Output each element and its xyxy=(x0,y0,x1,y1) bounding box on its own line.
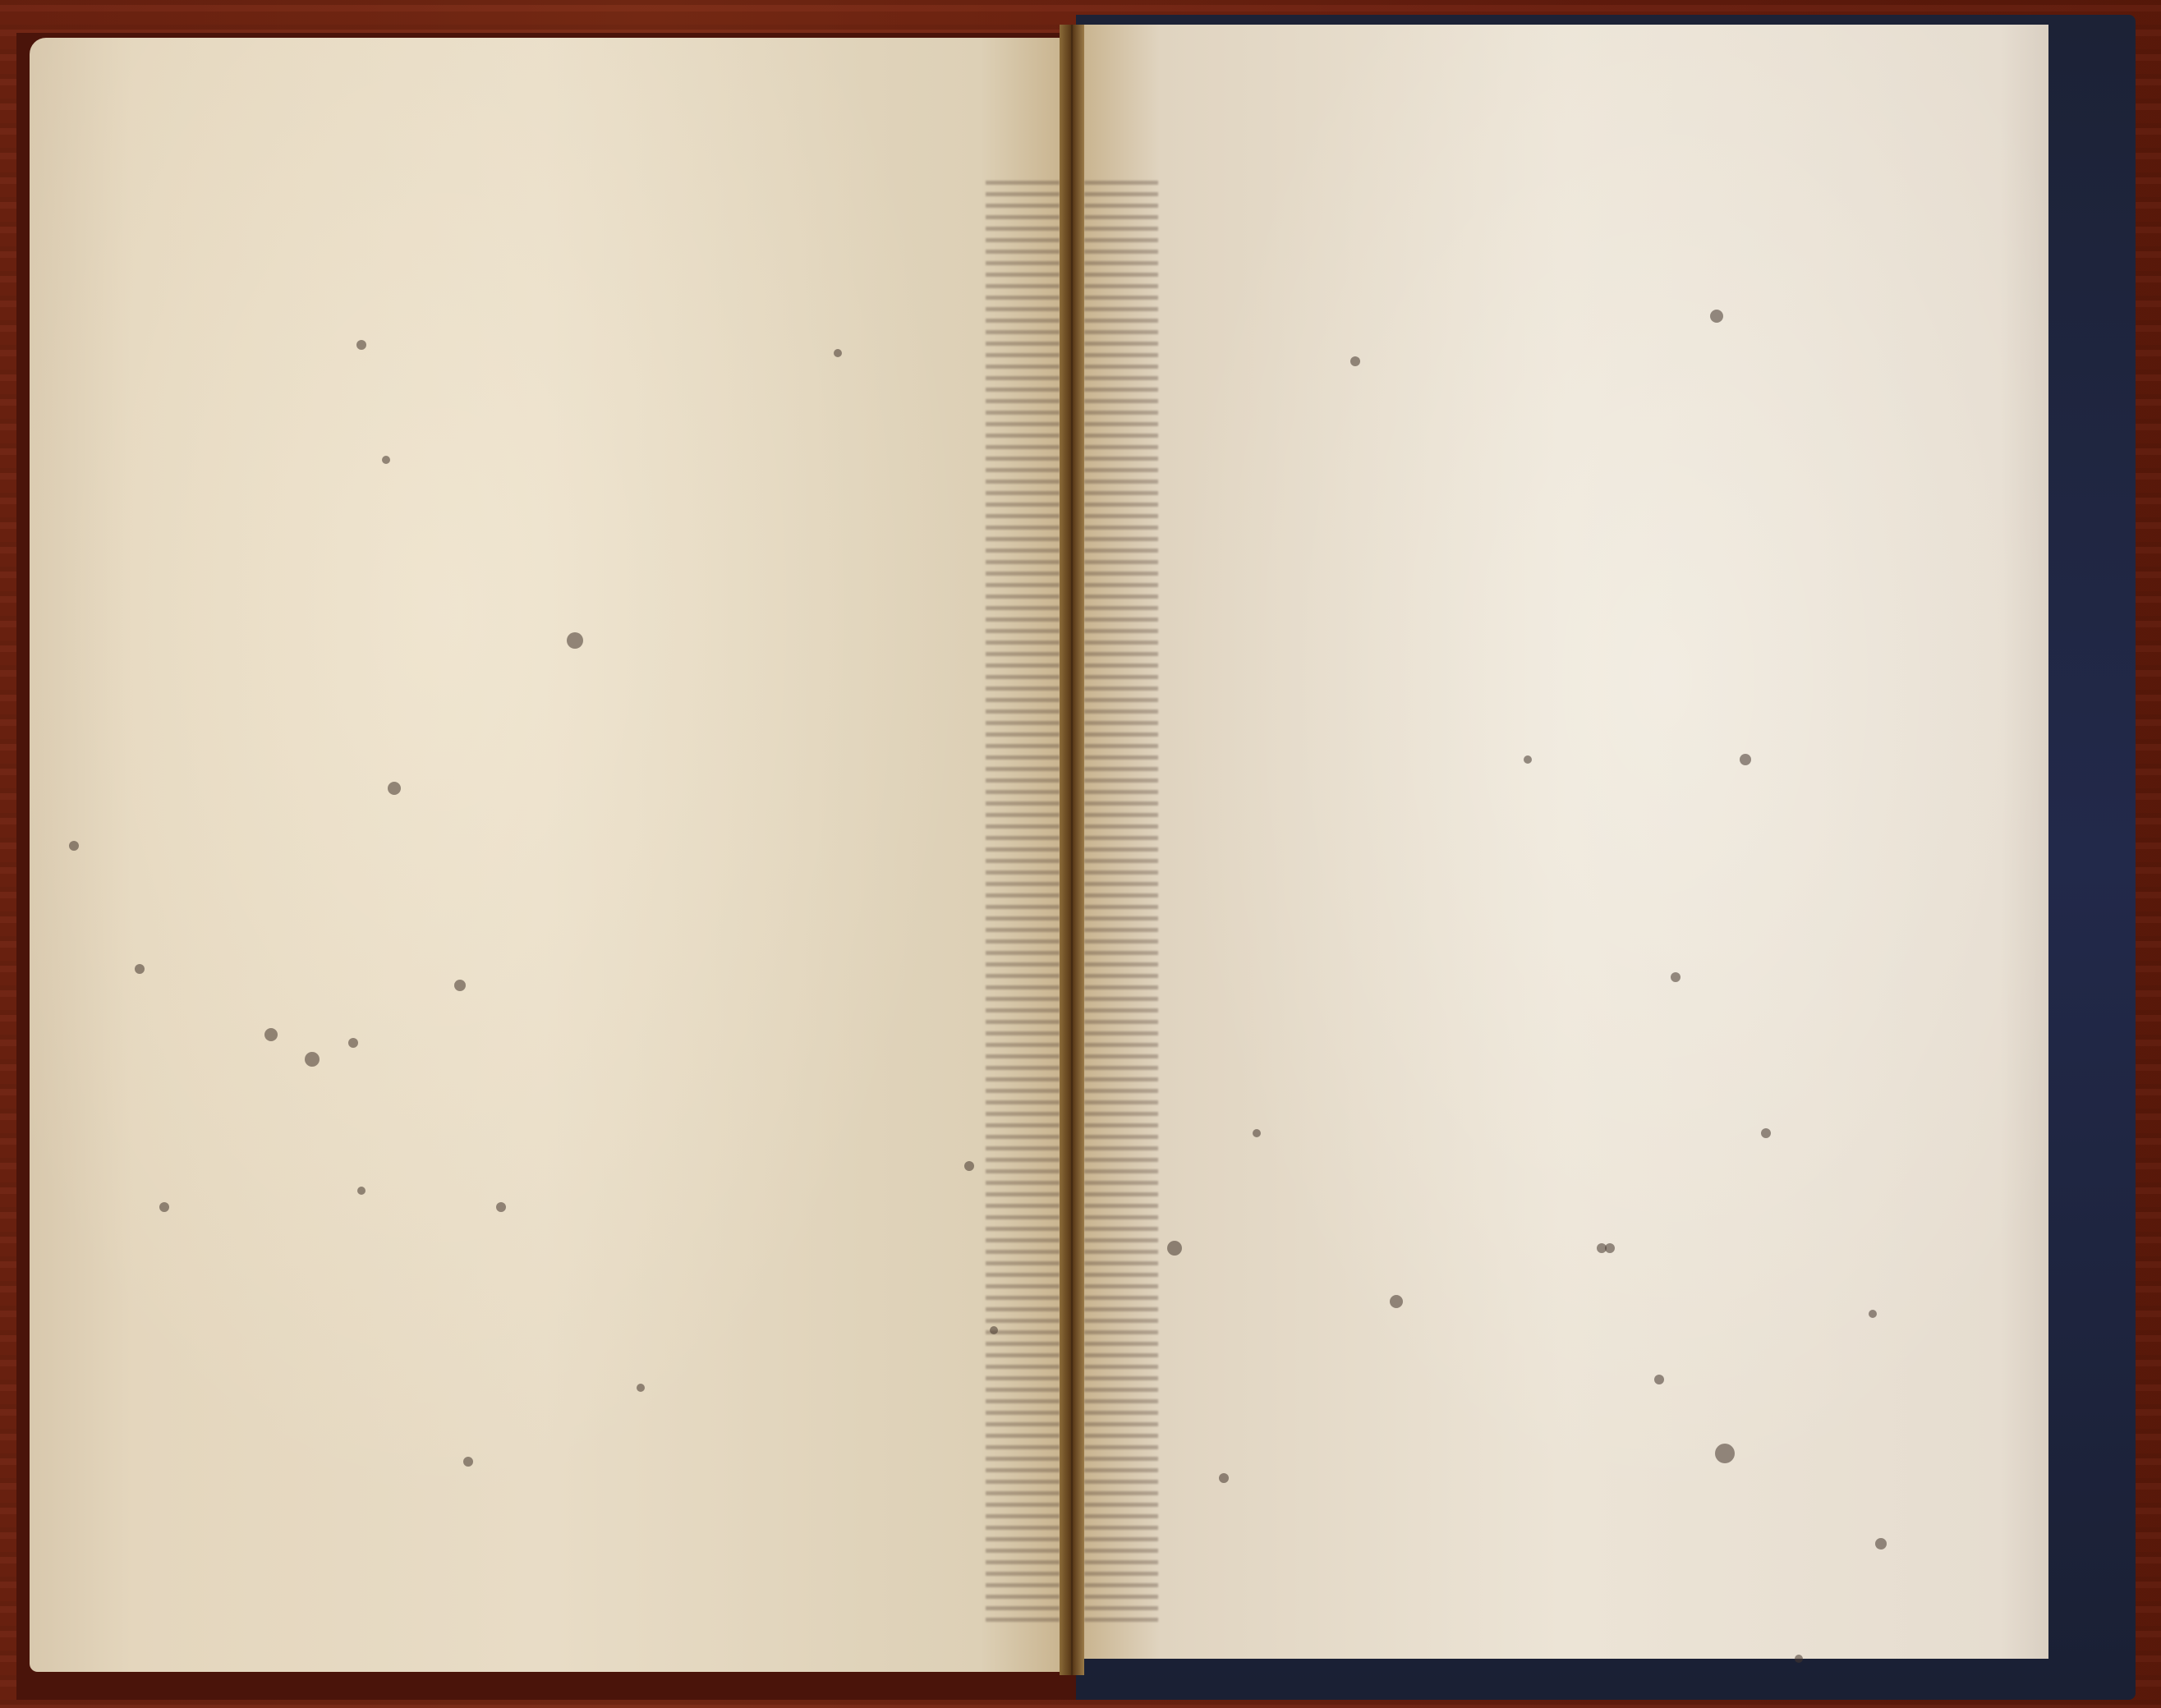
foxing-spot xyxy=(348,1038,358,1048)
foxing-spot xyxy=(496,1202,506,1212)
foxing-spot xyxy=(1350,356,1360,366)
foxing-spot xyxy=(1219,1473,1229,1483)
foxing-spot xyxy=(382,456,390,464)
foxing-spot xyxy=(1654,1375,1664,1384)
foxing-spot xyxy=(1524,755,1532,764)
ink-offset-left xyxy=(986,181,1060,1626)
foxing-spot xyxy=(567,632,583,649)
foxing-spot xyxy=(356,340,366,350)
foxing-spot xyxy=(463,1457,473,1467)
foxing-spot xyxy=(1715,1444,1735,1463)
foxing-spot xyxy=(264,1028,278,1041)
foxing-spot xyxy=(1710,310,1723,323)
foxing-spot xyxy=(388,782,401,795)
foxing-spot xyxy=(1761,1128,1771,1138)
foxing-spot xyxy=(1671,972,1681,982)
foxing-spot xyxy=(1597,1243,1607,1253)
foxing-spot xyxy=(1795,1655,1803,1663)
foxing-spot xyxy=(1740,754,1751,765)
right-endpaper xyxy=(1083,25,2048,1659)
foxing-spot xyxy=(305,1052,320,1067)
foxing-spot xyxy=(159,1202,169,1212)
foxing-spot xyxy=(964,1161,974,1171)
foxing-spot xyxy=(1390,1295,1403,1308)
foxing-spot xyxy=(357,1187,366,1195)
foxing-spot xyxy=(135,964,145,974)
foxing-spot xyxy=(1869,1310,1877,1318)
foxing-spot xyxy=(1875,1538,1887,1550)
foxing-spot xyxy=(1167,1241,1182,1256)
foxing-spot xyxy=(834,349,842,357)
book-gutter xyxy=(1060,25,1084,1675)
foxing-spot xyxy=(637,1384,645,1392)
foxing-spot xyxy=(990,1326,998,1334)
foxing-spot xyxy=(454,980,466,991)
left-endpaper xyxy=(30,38,1063,1672)
foxing-spot xyxy=(1253,1129,1261,1137)
ink-offset-right xyxy=(1084,181,1158,1626)
foxing-spot xyxy=(69,841,79,851)
